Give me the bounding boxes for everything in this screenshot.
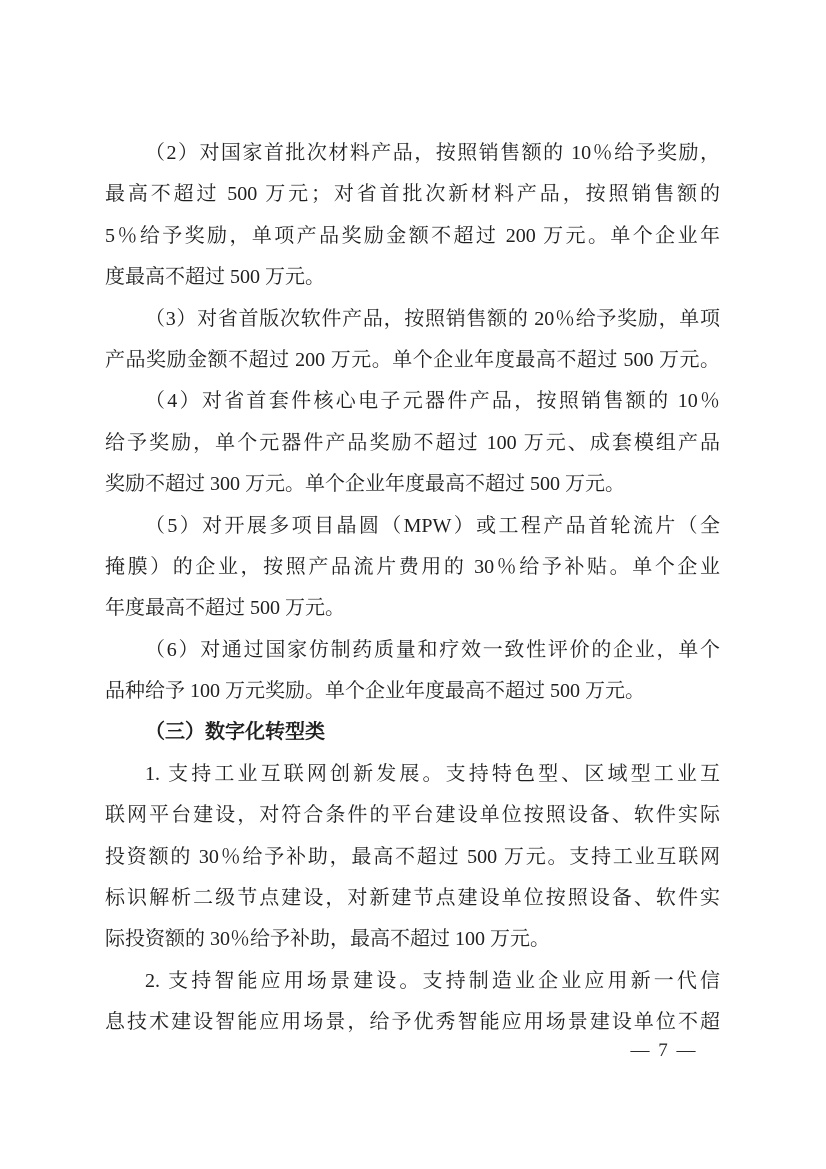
text-line: 标识解析二级节点建设，对新建节点建设单位按照设备、软件实	[105, 878, 720, 919]
text-line: 给予奖励，单个元器件产品奖励不超过 100 万元、成套模组产品	[105, 423, 720, 464]
text-line: 产品奖励金额不超过 200 万元。单个企业年度最高不超过 500 万元。	[105, 340, 720, 381]
text-block: （2）对国家首批次材料产品，按照销售额的 10％给予奖励，最高不超过 500 万…	[105, 133, 720, 1044]
page-number: — 7 —	[598, 1038, 730, 1064]
text-line: 投资额的 30％给予补助，最高不超过 500 万元。支持工业互联网	[105, 837, 720, 878]
text-line: （3）对省首版次软件产品，按照销售额的 20％给予奖励，单项	[105, 299, 720, 340]
text-line: 5％给予奖励，单项产品奖励金额不超过 200 万元。单个企业年	[105, 216, 720, 257]
text-line: 奖励不超过 300 万元。单个企业年度最高不超过 500 万元。	[105, 464, 720, 505]
text-line: 度最高不超过 500 万元。	[105, 257, 720, 298]
text-line: 2. 支持智能应用场景建设。支持制造业企业应用新一代信	[105, 961, 720, 1002]
text-line: 1. 支持工业互联网创新发展。支持特色型、区域型工业互	[105, 754, 720, 795]
text-line: 际投资额的 30％给予补助，最高不超过 100 万元。	[105, 919, 720, 960]
text-line: （5）对开展多项目晶圆（MPW）或工程产品首轮流片（全	[105, 506, 720, 547]
document-page: （2）对国家首批次材料产品，按照销售额的 10％给予奖励，最高不超过 500 万…	[0, 0, 826, 1169]
section-heading: （三）数字化转型类	[105, 712, 720, 753]
text-line: 最高不超过 500 万元；对省首批次新材料产品，按照销售额的	[105, 174, 720, 215]
text-line: 年度最高不超过 500 万元。	[105, 588, 720, 629]
text-line: 掩膜）的企业，按照产品流片费用的 30％给予补贴。单个企业	[105, 547, 720, 588]
text-line: （6）对通过国家仿制药质量和疗效一致性评价的企业，单个	[105, 630, 720, 671]
text-line: （4）对省首套件核心电子元器件产品，按照销售额的 10％	[105, 381, 720, 422]
text-line: 品种给予 100 万元奖励。单个企业年度最高不超过 500 万元。	[105, 671, 720, 712]
text-line: 联网平台建设，对符合条件的平台建设单位按照设备、软件实际	[105, 795, 720, 836]
text-line: （2）对国家首批次材料产品，按照销售额的 10％给予奖励，	[105, 133, 720, 174]
